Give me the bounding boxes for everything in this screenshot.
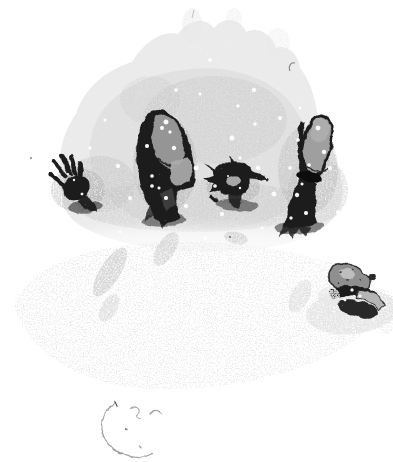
squiggle-dot — [139, 446, 141, 448]
snow-plume-3 — [226, 8, 242, 32]
finger — [80, 162, 81, 176]
snow-plume-2 — [266, 28, 290, 56]
snow-engraving-illustration: Vintage stipple engraving: two dark glov… — [0, 0, 393, 462]
squiggle-dot — [125, 429, 127, 431]
snow-over-boot — [318, 287, 340, 305]
stray-fleck — [30, 157, 32, 159]
fingertip-fleck — [267, 179, 270, 182]
snow-field-fade — [90, 356, 340, 420]
heel-knob — [369, 274, 376, 281]
page: Vintage stipple engraving: two dark glov… — [0, 0, 393, 462]
snow-field-left — [12, 260, 48, 340]
stray-fleck — [229, 236, 231, 238]
snow-bank-shade-4 — [77, 180, 313, 232]
snow-plume-1 — [182, 8, 202, 44]
snow-field-right — [364, 240, 392, 276]
boot-heel-face — [170, 158, 193, 185]
illustration-canvas — [0, 0, 393, 462]
